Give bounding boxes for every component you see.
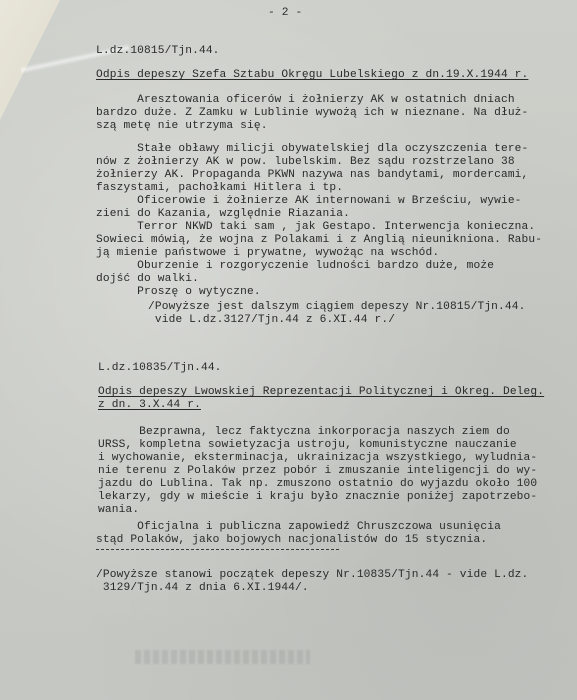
body-line: Stałe obławy milicji obywatelskiej dla o… bbox=[96, 143, 528, 156]
section-2-heading-line-2: z dn. 3.X.44 r. bbox=[98, 399, 201, 412]
body-line: Oburzenie i rozgoryczenie ludności bardz… bbox=[96, 260, 494, 273]
body-line: żołnierzy AK. Propaganda PKWN nazywa nas… bbox=[96, 169, 528, 182]
body-line: szą metę nie utrzyma się. bbox=[96, 120, 268, 133]
body-line: bardzo duże. Z Zamku w Lublinie wywożą i… bbox=[96, 107, 528, 120]
body-line: jazdu do Lublina. Tak np. zmuszono ostat… bbox=[98, 478, 537, 491]
bleed-through-stamp bbox=[135, 650, 310, 664]
section-1-heading: Odpis depeszy Szefa Sztabu Okręgu Lubels… bbox=[96, 69, 528, 82]
note-line: /Powyższe stanowi początek depeszy Nr.10… bbox=[96, 569, 528, 582]
body-line: nie terenu z Polaków przez pobór i zmusz… bbox=[98, 465, 537, 478]
body-line: lekarzy, gdy w mieście i kraju było znac… bbox=[98, 491, 537, 504]
section-2-heading-line-1: Odpis depeszy Lwowskiej Reprezentacji Po… bbox=[98, 386, 544, 399]
body-line: URSS, kompletna sowietyzacja ustroju, ko… bbox=[98, 439, 517, 452]
body-line: Sowieci mówią, że wojna z Polakami i z A… bbox=[96, 234, 542, 247]
body-line: zieni do Kazania, względnie Riazania. bbox=[96, 208, 350, 221]
body-line: Proszę o wytyczne. bbox=[96, 286, 261, 299]
section-2-reference: L.dz.10835/Tjn.44. bbox=[98, 362, 222, 375]
body-line: Aresztowania oficerów i żołnierzy AK w o… bbox=[96, 94, 515, 107]
body-line: i wychowanie, eksterminacja, ukrainizacj… bbox=[98, 452, 537, 465]
note-line: vide L.dz.3127/Tjn.44 z 6.XI.44 r./ bbox=[148, 314, 395, 327]
page-number: - 2 - bbox=[268, 7, 302, 20]
section-1-reference: L.dz.10815/Tjn.44. bbox=[96, 45, 220, 58]
body-line: Oficjalna i publiczna zapowiedź Chruszcz… bbox=[96, 521, 501, 534]
note-line: /Powyższe jest dalszym ciągiem depeszy N… bbox=[148, 301, 526, 314]
body-line: dojść do walki. bbox=[96, 273, 199, 286]
body-line: nów z żołnierzy AK w pow. lubelskim. Bez… bbox=[96, 156, 515, 169]
body-line: faszystami, pachołkami Hitlera i tp. bbox=[96, 182, 343, 195]
body-line: Terror NKWD taki sam , jak Gestapo. Inte… bbox=[96, 221, 535, 234]
note-line: 3129/Tjn.44 z dnia 6.XI.1944/. bbox=[96, 582, 309, 595]
body-line: stąd Polaków, jako bojowych nacjonalistó… bbox=[96, 534, 487, 547]
body-line: Oficerowie i żołnierze AK internowani w … bbox=[96, 195, 522, 208]
body-line: wania. bbox=[98, 504, 139, 517]
dashed-separator bbox=[96, 549, 339, 550]
body-line: ją mienie państwowe i prywatne, wywożąc … bbox=[96, 247, 439, 260]
body-line: Bezprawna, lecz faktyczna inkorporacja n… bbox=[98, 426, 510, 439]
typewritten-page: - 2 - L.dz.10815/Tjn.44. Odpis depeszy S… bbox=[0, 0, 577, 700]
